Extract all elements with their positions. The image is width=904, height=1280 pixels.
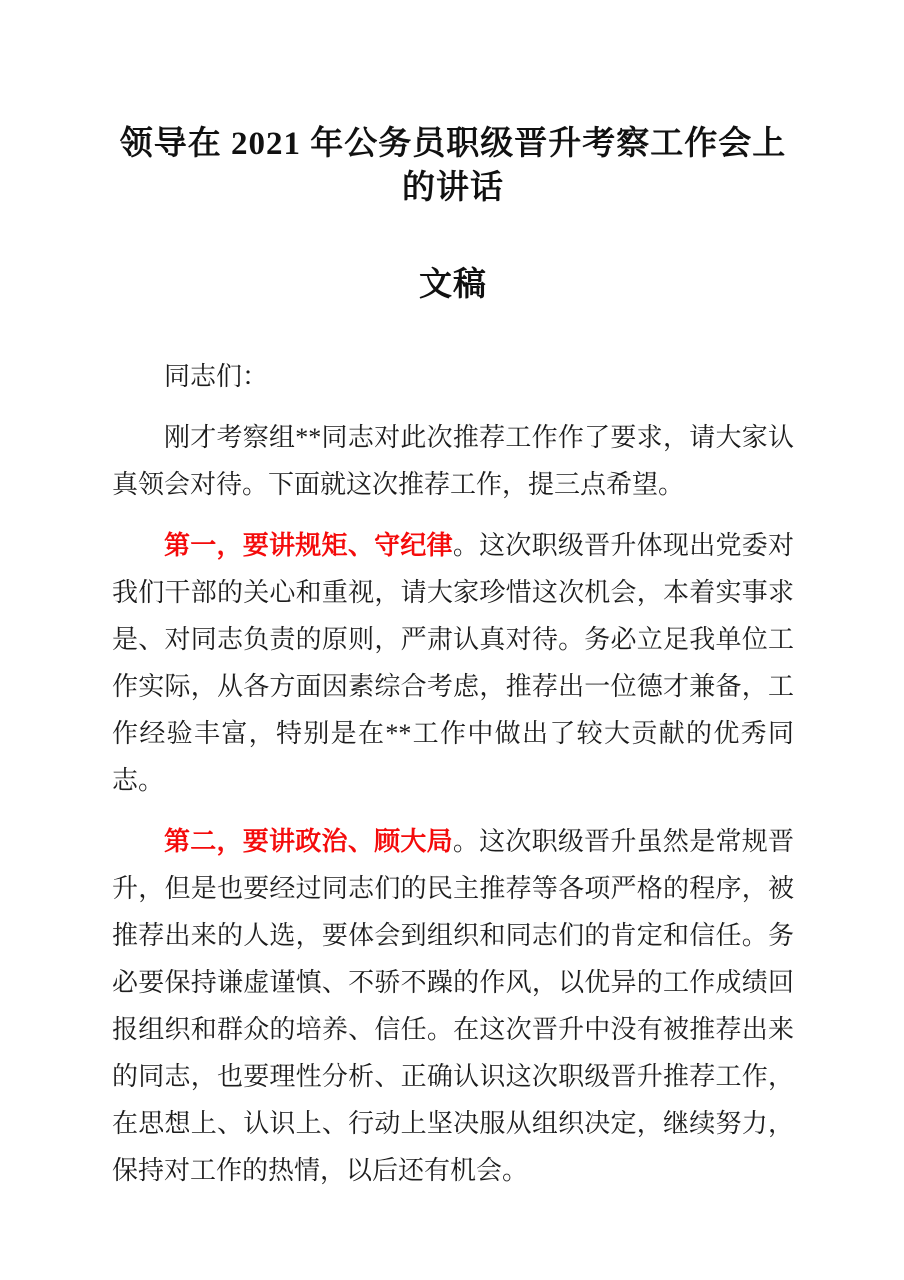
document-page: 领导在 2021 年公务员职级晋升考察工作会上的讲话 文稿 同志们： 刚才考察组… — [0, 0, 904, 1280]
salutation: 同志们： — [112, 353, 794, 400]
paragraph-point-2-text: 。这次职级晋升虽然是常规晋升，但是也要经过同志们的民主推荐等各项严格的程序，被推… — [112, 827, 794, 1185]
document-body: 同志们： 刚才考察组**同志对此次推荐工作作了要求，请大家认真领会对待。下面就这… — [112, 353, 794, 1194]
paragraph-point-1-lead: 第一，要讲规矩、守纪律 — [164, 531, 453, 560]
paragraph-point-2: 第二，要讲政治、顾大局。这次职级晋升虽然是常规晋升，但是也要经过同志们的民主推荐… — [112, 818, 794, 1194]
paragraph-point-1: 第一，要讲规矩、守纪律。这次职级晋升体现出党委对我们干部的关心和重视，请大家珍惜… — [112, 522, 794, 804]
paragraph-intro: 刚才考察组**同志对此次推荐工作作了要求，请大家认真领会对待。下面就这次推荐工作… — [112, 414, 794, 508]
document-title-line1: 领导在 2021 年公务员职级晋升考察工作会上的讲话 — [112, 122, 794, 210]
document-title-line2: 文稿 — [112, 263, 794, 307]
paragraph-intro-text: 刚才考察组**同志对此次推荐工作作了要求，请大家认真领会对待。下面就这次推荐工作… — [112, 423, 794, 499]
paragraph-point-1-text: 。这次职级晋升体现出党委对我们干部的关心和重视，请大家珍惜这次机会，本着实事求是… — [112, 531, 794, 795]
paragraph-point-2-lead: 第二，要讲政治、顾大局 — [164, 827, 453, 856]
